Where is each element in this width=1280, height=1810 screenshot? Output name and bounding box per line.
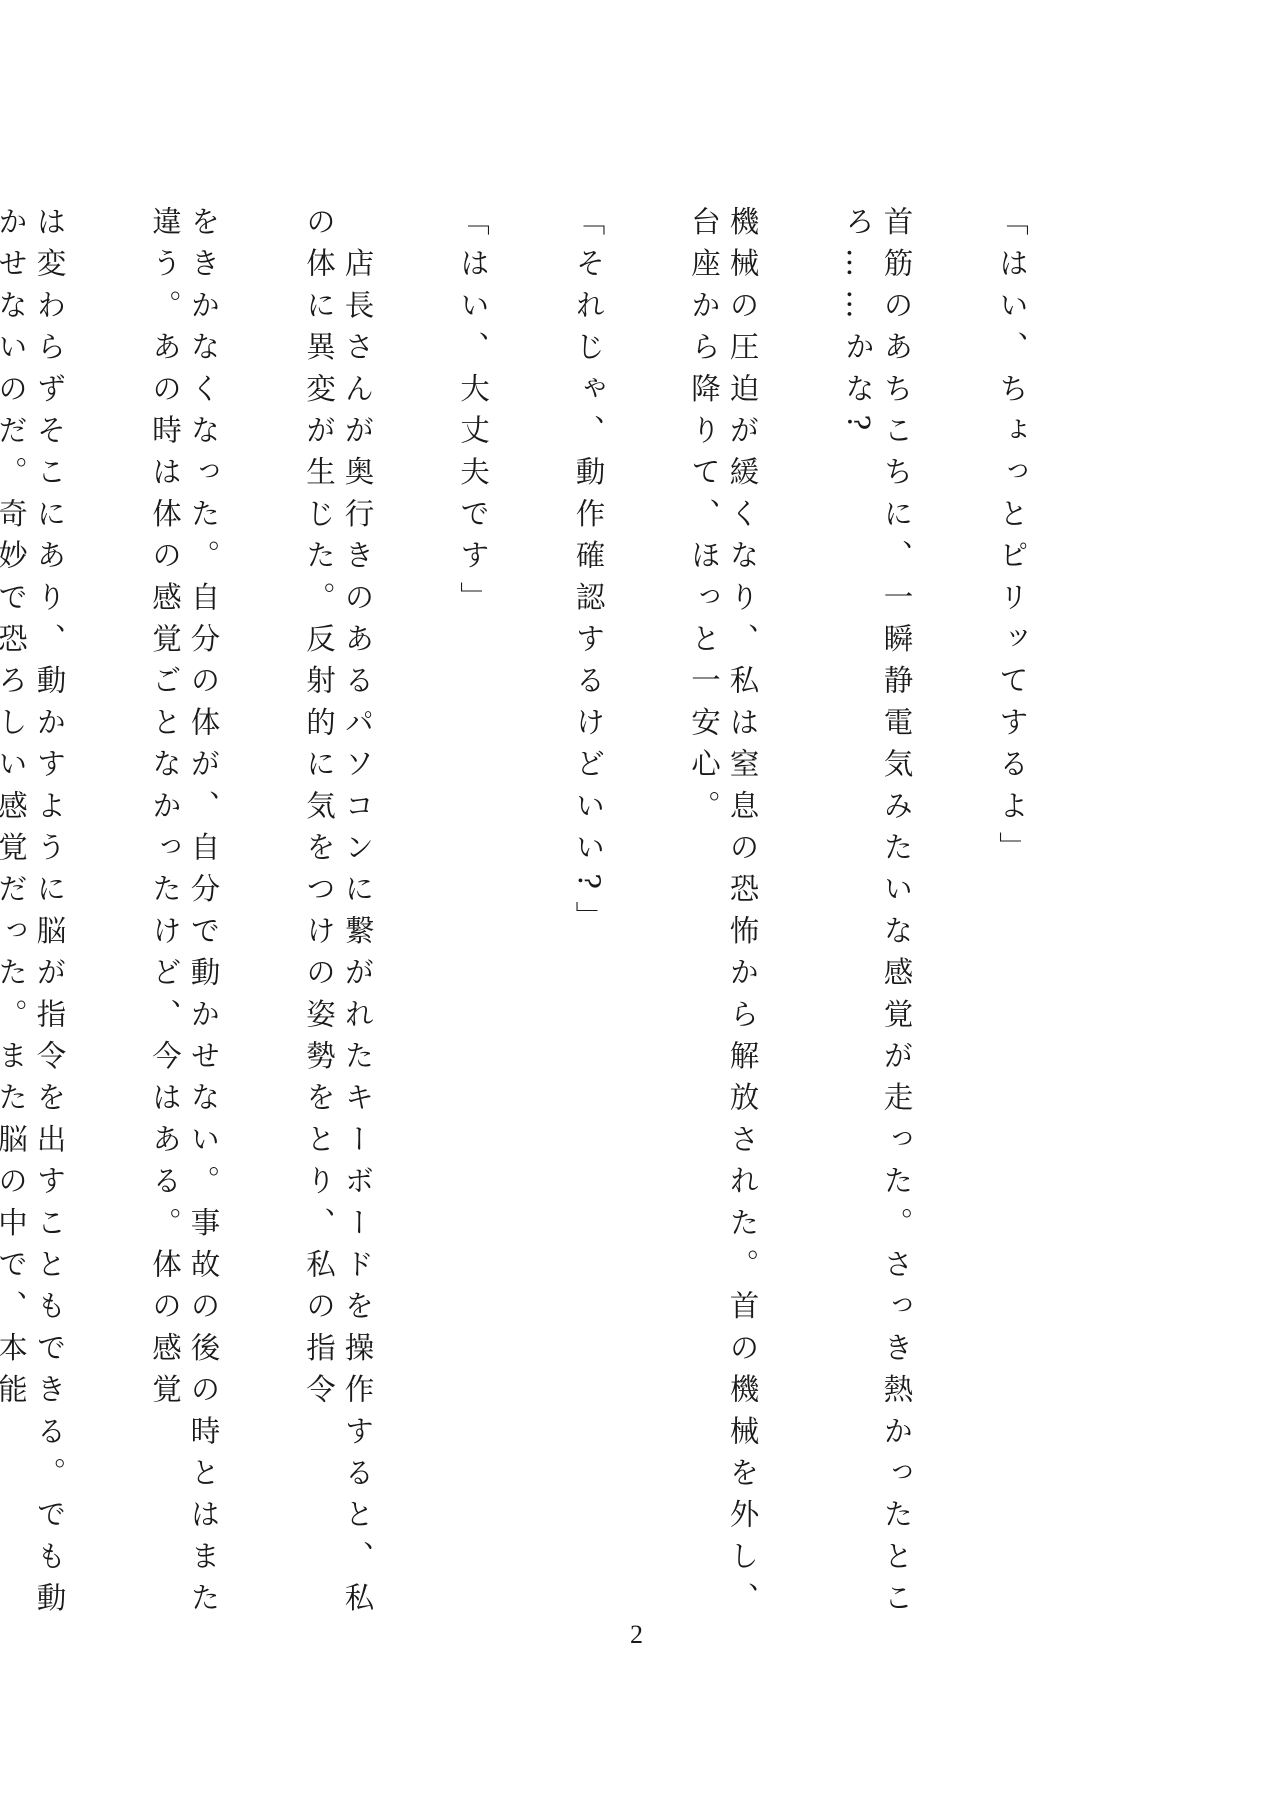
text-line: をきかなくなった。自分の体が、自分で動かせない。事故の後の時とはまた違う。あの時… (146, 206, 223, 1636)
vertical-body-text: 「はい、ちょっとピリッてするよ」 首筋のあちこちに、一瞬静電気みたいな感覚が走っ… (0, 206, 1108, 1636)
document-page: 「はい、ちょっとピリッてするよ」 首筋のあちこちに、一瞬静電気みたいな感覚が走っ… (0, 0, 1280, 1810)
text-line: 機械の圧迫が緩くなり、私は窒息の恐怖から解放された。首の機械を外し、台座から降り… (685, 206, 762, 1636)
text-line: 「はい、大丈夫です」 (454, 206, 493, 1636)
text-line: 「それじゃ、動作確認するけどいい?」 (569, 206, 608, 1636)
text-line: 店長さんが奥行きのあるパソコンに繋がれたキーボードを操作すると、私の体に異変が生… (300, 206, 377, 1636)
text-line: 首筋のあちこちに、一瞬静電気みたいな感覚が走った。さっき熱かったところ……かな? (839, 206, 916, 1636)
text-line: 「はい、ちょっとピリッてするよ」 (993, 206, 1032, 1636)
text-line: は変わらずそこにあり、動かすように脳が指令を出すこともできる。でも動かせないのだ… (0, 206, 69, 1636)
page-number: 2 (630, 1620, 643, 1650)
